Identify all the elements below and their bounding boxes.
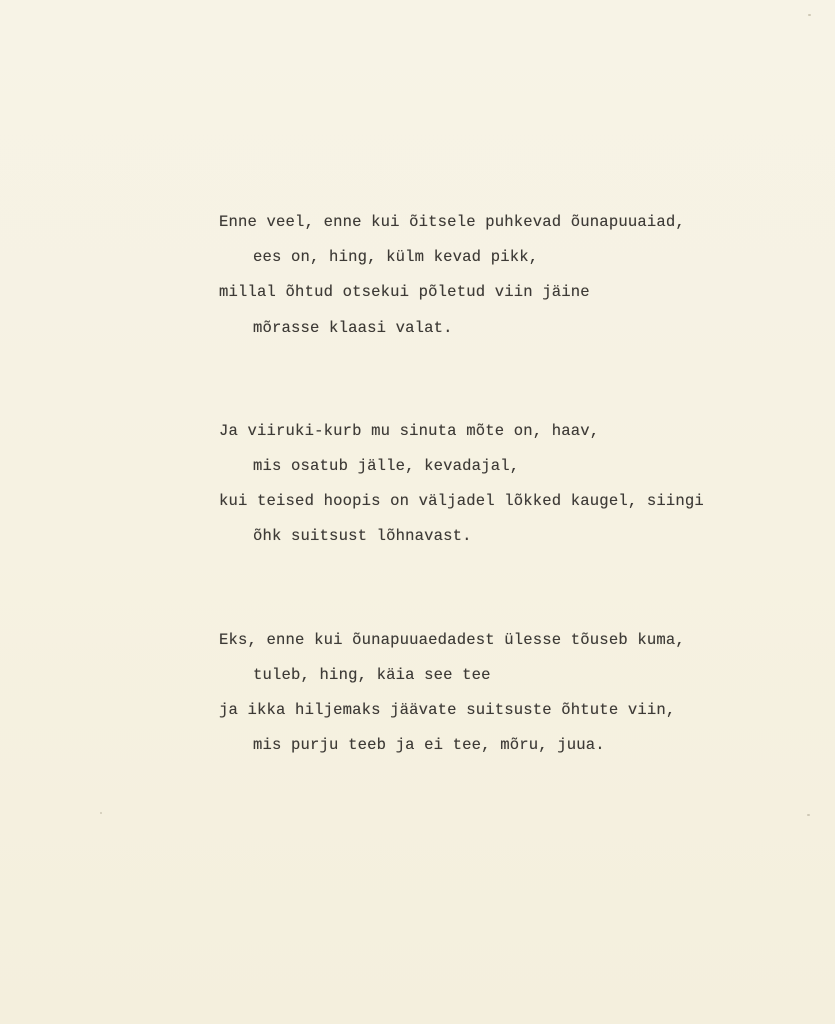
poem-line: õhk suitsust lõhnavast.	[219, 523, 799, 558]
stanza-2: Ja viiruki-kurb mu sinuta mõte on, haav,…	[219, 418, 799, 559]
poem-line: tuleb, hing, käia see tee	[219, 662, 799, 697]
poem-line: millal õhtud otsekui põletud viin jäine	[219, 279, 799, 314]
poem-line: Enne veel, enne kui õitsele puhkevad õun…	[219, 209, 799, 244]
poem: Enne veel, enne kui õitsele puhkevad õun…	[219, 209, 799, 835]
poem-line: Eks, enne kui õunapuuaedadest ülesse tõu…	[219, 627, 799, 662]
stanza-3: Eks, enne kui õunapuuaedadest ülesse tõu…	[219, 627, 799, 768]
poem-line: ees on, hing, külm kevad pikk,	[219, 244, 799, 279]
poem-line: mõrasse klaasi valat.	[219, 315, 799, 350]
paper-page: Enne veel, enne kui õitsele puhkevad õun…	[0, 0, 835, 1024]
paper-speck	[808, 14, 811, 16]
poem-line: Ja viiruki-kurb mu sinuta mõte on, haav,	[219, 418, 799, 453]
paper-speck	[807, 814, 810, 816]
poem-line: mis purju teeb ja ei tee, mõru, juua.	[219, 732, 799, 767]
poem-line: kui teised hoopis on väljadel lõkked kau…	[219, 488, 799, 523]
stanza-1: Enne veel, enne kui õitsele puhkevad õun…	[219, 209, 799, 350]
poem-line: ja ikka hiljemaks jäävate suitsuste õhtu…	[219, 697, 799, 732]
poem-line: mis osatub jälle, kevadajal,	[219, 453, 799, 488]
paper-speck	[100, 812, 102, 814]
